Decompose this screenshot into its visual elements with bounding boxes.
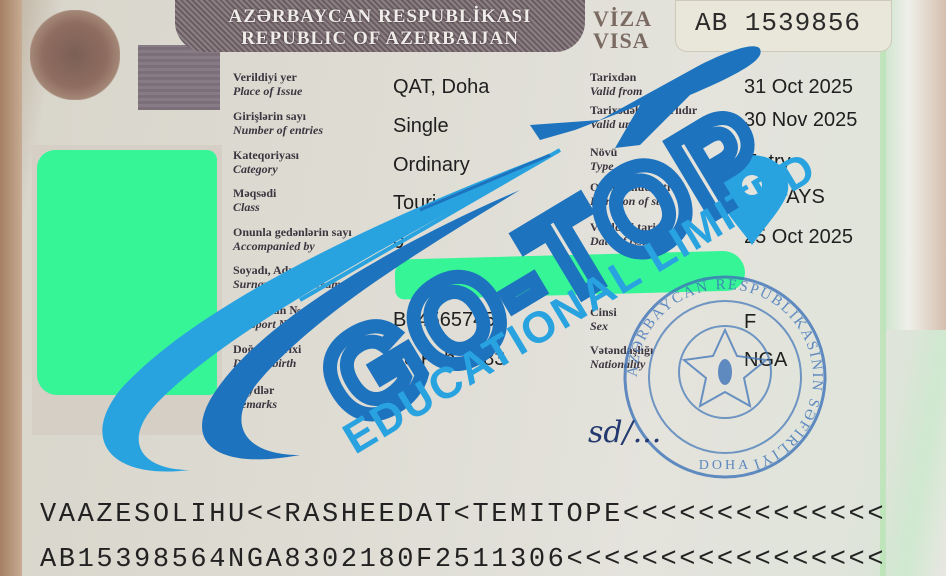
label-az: Verildiyi yer: [233, 70, 302, 84]
label-az: Pasportun №: [233, 303, 301, 317]
hologram-patch: [138, 45, 220, 110]
label-en: Duration of stay: [590, 194, 671, 208]
right-label: Tarixədək etibarlıdırValid until: [590, 103, 697, 131]
label-az: Tarixdən: [590, 70, 642, 84]
left-value: B04565745: [393, 309, 495, 332]
label-az: Verildiyi tarix: [590, 220, 662, 234]
label-en: Sex: [590, 319, 617, 333]
visa-header: AZƏRBAYCAN RESPUBLİKASI REPUBLIC OF AZER…: [175, 0, 585, 52]
right-label: TarixdənValid from: [590, 70, 642, 98]
label-en: Passport №: [233, 317, 301, 331]
right-label: Verildiyi tarixDate of issue: [590, 220, 662, 248]
left-value: 0: [393, 231, 404, 254]
background-edge: [884, 0, 946, 330]
label-az: Onunla gedənlərin sayı: [233, 225, 352, 239]
label-en: Class: [233, 200, 276, 214]
right-value: 31 Oct 2025: [744, 76, 853, 99]
left-label: MəqsədiClass: [233, 186, 276, 214]
label-en: Date of issue: [590, 234, 662, 248]
right-value: 30 DAYS: [744, 186, 825, 209]
left-label: QeydlərRemarks: [233, 383, 277, 411]
right-label: CinsiSex: [590, 305, 617, 333]
label-az: Tarixədək etibarlıdır: [590, 103, 697, 117]
left-label: Girişlərin sayıNumber of entries: [233, 109, 323, 137]
label-en: Number of entries: [233, 123, 323, 137]
mrz-line-2: AB15398564NGA8302180F2511306<<<<<<<<<<<<…: [40, 545, 886, 575]
left-label: Onunla gedənlərin sayıAccompanied by: [233, 225, 352, 253]
label-az: Qeydlər: [233, 383, 277, 397]
header-line-az: AZƏRBAYCAN RESPUBLİKASI: [175, 6, 585, 28]
right-label: NövüType: [590, 145, 617, 173]
passport-edge: [0, 0, 22, 576]
header-line-en: REPUBLIC OF AZERBAIJAN: [175, 28, 585, 50]
label-en: Valid from: [590, 84, 642, 98]
right-label: Qalma müddətiDuration of stay: [590, 180, 671, 208]
label-az: Kateqoriyası: [233, 148, 299, 162]
label-en: Type: [590, 159, 617, 173]
label-az: Qalma müddəti: [590, 180, 671, 194]
left-value: 18 Feb 1983: [393, 348, 505, 371]
left-value: Ordinary: [393, 154, 470, 177]
consulate-stamp: AZƏRBAYCAN RESPUBLİKASININ SƏFİRLİYİ DOH…: [618, 272, 833, 482]
signature: sd/...: [588, 415, 661, 450]
left-label: Pasportun №Passport №: [233, 303, 301, 331]
label-en: Date of birth: [233, 356, 301, 370]
label-en: Valid until: [590, 117, 697, 131]
label-en: Accompanied by: [233, 239, 352, 253]
left-value: QAT, Doha: [393, 76, 489, 99]
right-value: Entry: [744, 151, 791, 174]
svg-text:DOHA: DOHA: [699, 458, 751, 473]
left-label: KateqoriyasıCategory: [233, 148, 299, 176]
right-value: 30 Nov 2025: [744, 109, 857, 132]
photo-redaction: [37, 150, 217, 395]
visa-word-en: VISA: [593, 28, 650, 54]
label-en: Place of Issue: [233, 84, 302, 98]
left-value: Tourism: [393, 192, 463, 215]
left-label: Verildiyi yerPlace of Issue: [233, 70, 302, 98]
label-az: Soyadı, Adı: [233, 263, 351, 277]
left-label: Doğum tarixiDate of birth: [233, 342, 301, 370]
visa-number: AB 1539856: [695, 8, 861, 38]
label-en: Surname, Given Names: [233, 277, 351, 291]
label-az: Məqsədi: [233, 186, 276, 200]
right-value: 25 Oct 2025: [744, 226, 853, 249]
emblem-icon: [30, 10, 120, 100]
visa-document: AZƏRBAYCAN RESPUBLİKASI REPUBLIC OF AZER…: [0, 0, 946, 576]
left-value: Single: [393, 115, 449, 138]
mrz-line-1: VAAZESOLIHU<<RASHEEDAT<TEMITOPE<<<<<<<<<…: [40, 500, 886, 530]
left-label: Soyadı, AdıSurname, Given Names: [233, 263, 351, 291]
label-az: Cinsi: [590, 305, 617, 319]
label-en: Remarks: [233, 397, 277, 411]
label-az: Girişlərin sayı: [233, 109, 323, 123]
label-en: Category: [233, 162, 299, 176]
label-az: Növü: [590, 145, 617, 159]
label-az: Doğum tarixi: [233, 342, 301, 356]
visa-border: [880, 0, 886, 576]
